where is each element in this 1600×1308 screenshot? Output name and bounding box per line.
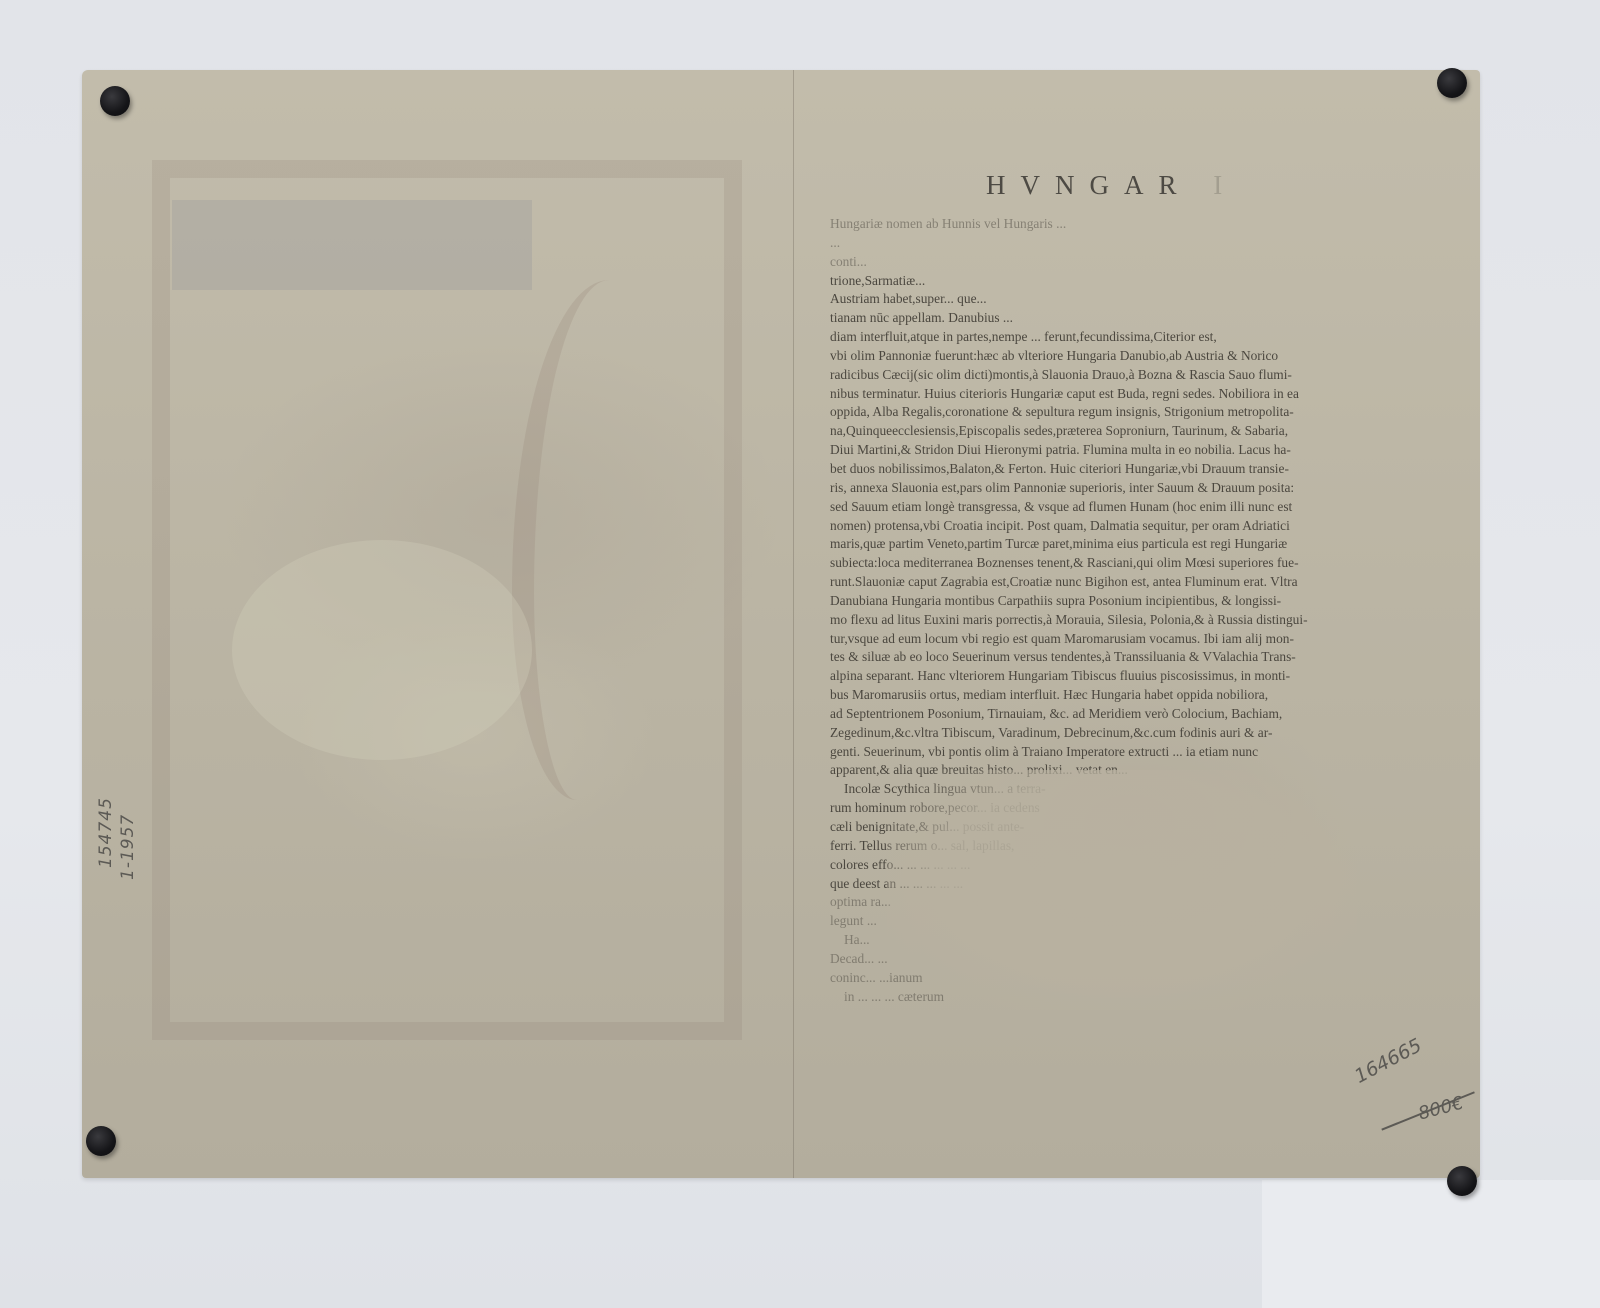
page-title: HVNGAR I <box>986 170 1370 201</box>
text-line: nomen) protensa,vbi Croatia incipit. Pos… <box>830 517 1370 536</box>
map-sheet-verso: HVNGAR I Hungariæ nomen ab Hunnis vel Hu… <box>82 70 1480 1178</box>
text-line: tur,vsque ad eum locum vbi regio est qua… <box>830 630 1370 649</box>
text-line: legunt ... <box>830 912 1370 931</box>
show-through-cartouche <box>172 200 532 290</box>
text-line: ris, annexa Slauonia est,pars olim Panno… <box>830 479 1370 498</box>
text-line: genti. Seuerinum, vbi pontis olim à Trai… <box>830 743 1370 762</box>
text-line: apparent,& alia quæ breuitas histo... pr… <box>830 761 1370 780</box>
text-line: in ... ... ... cæterum <box>830 988 1370 1007</box>
text-line: Zegedinum,&c.vltra Tibiscum, Varadinum, … <box>830 724 1370 743</box>
text-line: tianam nūc appellam. Danubius ... <box>830 309 1370 328</box>
pin-top-left <box>100 86 130 116</box>
text-line: diam interfluit,atque in partes,nempe ..… <box>830 328 1370 347</box>
text-line: Diui Martini,& Stridon Diui Hieronymi pa… <box>830 441 1370 460</box>
background-surface <box>1262 1180 1600 1308</box>
text-line: trione,Sarmatiæ... <box>830 272 1370 291</box>
text-line: bus Maromarusiis ortus, mediam interflui… <box>830 686 1370 705</box>
latin-text-block: HVNGAR I Hungariæ nomen ab Hunnis vel Hu… <box>830 170 1370 1006</box>
text-line: radicibus Cæcij(sic olim dicti)montis,à … <box>830 366 1370 385</box>
text-lines: Hungariæ nomen ab Hunnis vel Hungaris ..… <box>830 215 1370 1006</box>
text-line: subiecta:loca mediterranea Boznenses ten… <box>830 554 1370 573</box>
text-line: alpina separant. Hanc vlteriorem Hungari… <box>830 667 1370 686</box>
center-fold <box>793 70 794 1178</box>
text-line: Hungariæ nomen ab Hunnis vel Hungaris ..… <box>830 215 1370 234</box>
text-line: runt.Slauoniæ caput Zagrabia est,Croatiæ… <box>830 573 1370 592</box>
text-line: cæli benignitate,& pul... possit ante- <box>830 818 1370 837</box>
text-line: sed Sauum etiam longè transgressa, & vsq… <box>830 498 1370 517</box>
text-line: rum hominum robore,pecor... ia cedens <box>830 799 1370 818</box>
text-line: tes & siluæ ab eo loco Seuerinum versus … <box>830 648 1370 667</box>
text-line: Ha... <box>830 931 1370 950</box>
text-line: mo flexu ad litus Euxini maris porrectis… <box>830 611 1370 630</box>
handwritten-date-note: 1-1957 <box>118 814 138 880</box>
pin-bottom-left <box>86 1126 116 1156</box>
text-line: optima ra... <box>830 893 1370 912</box>
text-line: oppida, Alba Regalis,coronatione & sepul… <box>830 403 1370 422</box>
pin-bottom-right <box>1447 1166 1477 1196</box>
title-text: HVNGAR <box>986 170 1192 200</box>
text-line: Incolæ Scythica lingua vtun... a terra- <box>830 780 1370 799</box>
pin-top-right <box>1437 68 1467 98</box>
text-line: Austriam habet,super... que... <box>830 290 1370 309</box>
text-line: que deest an ... ... ... ... ... <box>830 875 1370 894</box>
text-line: Decad... ... <box>830 950 1370 969</box>
text-line: nibus terminatur. Huius citerioris Hunga… <box>830 385 1370 404</box>
text-line: conti... <box>830 253 1370 272</box>
text-line: Danubiana Hungaria montibus Carpathiis s… <box>830 592 1370 611</box>
stain <box>232 540 532 760</box>
text-line: vbi olim Pannoniæ fuerunt:hæc ab vlterio… <box>830 347 1370 366</box>
handwritten-inventory-number: 154745 <box>96 797 116 868</box>
text-line: ferri. Tellus rerum o... sal, lapillas, <box>830 837 1370 856</box>
text-line: ... <box>830 234 1370 253</box>
text-line: bet duos nobilissimos,Balaton,& Ferton. … <box>830 460 1370 479</box>
text-line: colores effo... ... ... ... ... ... <box>830 856 1370 875</box>
text-line: maris,quæ partim Veneto,partim Turcæ par… <box>830 535 1370 554</box>
title-faded-letter: I <box>1213 170 1237 200</box>
text-line: ad Septentrionem Posonium, Tirnauiam, &c… <box>830 705 1370 724</box>
text-line: na,Quinqueecclesiensis,Episcopalis sedes… <box>830 422 1370 441</box>
text-line: coninc... ...ianum <box>830 969 1370 988</box>
